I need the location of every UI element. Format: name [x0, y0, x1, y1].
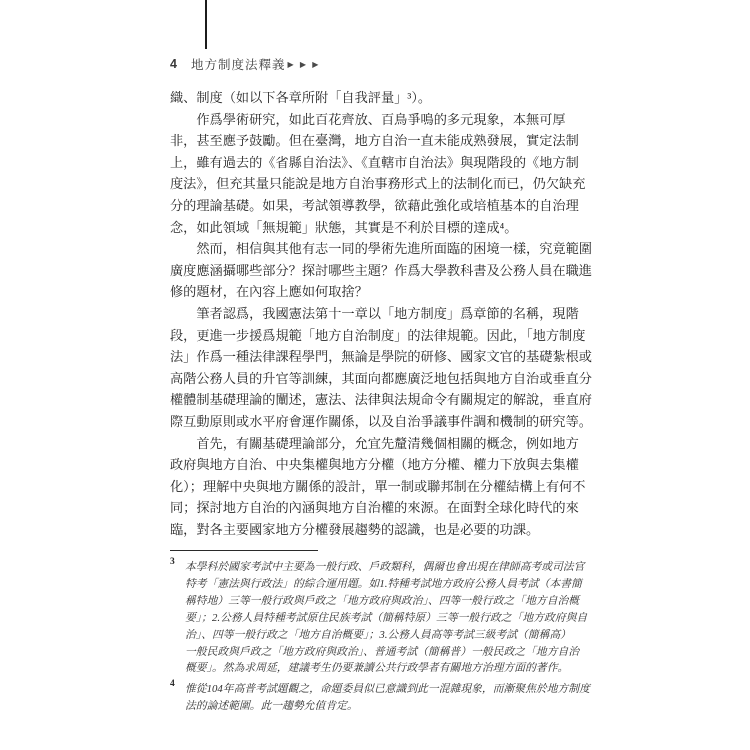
footnote-number: 4: [170, 679, 175, 689]
footnote-text-line: 稱特地）三等一般行政與戶政之「地方政府與政治」、四等一般行政之「地方自治概: [185, 593, 590, 610]
body-text-line: 政府與地方自治、中央集權與地方分權（地方分權、權力下放與去集權: [170, 454, 588, 476]
footnote-text-line: 特考「憲法與行政法」的綜合運用題。如1.特種考試地方政府公務人員考試（本書簡: [185, 576, 590, 593]
body-text-line: 權體制基礎理論的闡述，憲法、法律與法規命令有關規定的解說，垂直府: [170, 389, 588, 411]
footnote-text-line: 要」；2.公務人員特種考試原住民族考試（簡稱特原）三等一般行政之「地方政府與自: [185, 610, 590, 627]
page-number: 4: [170, 57, 177, 71]
body-text-line: 非，甚至應予鼓勵。但在臺灣，地方自治一直未能成熟發展，實定法制: [170, 130, 588, 152]
body-text-line: 段，更進一步援爲規範「地方自治制度」的法律規範。因此，「地方制度: [170, 325, 588, 347]
body-text-line: 念，如此領域「無規範」狀態，其實是不利於目標的達成⁴。: [170, 217, 588, 239]
body-text-line: 分的理論基礎。如果，考試領導教學，欲藉此強化或培植基本的自治理: [170, 195, 588, 217]
body-text-line: 化）；理解中央與地方關係的設計，單一制或聯邦制在分權結構上有何不: [170, 476, 588, 498]
footnote-text-line: 一般民政與戶政之「地方政府與政治」、普通考試（簡稱普）一般民政之「地方自治: [185, 644, 590, 661]
running-header: 4 地方制度法釋義 ▶ ▶ ▶: [170, 55, 590, 73]
spine-registration-mark: [205, 0, 207, 49]
body-text-line: 首先，有關基礎理論部分，允宜先釐清幾個相關的概念，例如地方: [170, 433, 588, 455]
running-title: 地方制度法釋義: [191, 55, 286, 73]
book-page: 4 地方制度法釋義 ▶ ▶ ▶ 織、制度（如以下各章所附「自我評量」³）。 作爲…: [0, 0, 750, 750]
footnote: 4 惟從104年高普考試題觀之，命題委員似已意識到此一混雜現象，而漸聚焦於地方制…: [170, 681, 590, 715]
body-text-line: 上，雖有過去的《省縣自治法》、《直轄市自治法》與現階段的《地方制: [170, 152, 588, 174]
footnotes-block: 3 本學科於國家考試中主要為一般行政、戶政類科，偶爾也會出現在律師高考或司法官特…: [170, 559, 590, 715]
body-text-line: 廣度應涵攝哪些部分？探討哪些主題？作爲大學教科書及公務人員在職進: [170, 260, 588, 282]
footnote-text-line: 本學科於國家考試中主要為一般行政、戶政類科，偶爾也會出現在律師高考或司法官: [185, 559, 590, 576]
header-arrows-icon: ▶ ▶ ▶: [287, 60, 320, 69]
body-text-line: 法」作爲一種法律課程學門，無論是學院的研修、國家文官的基礎紮根或: [170, 346, 588, 368]
footnote-text-line: 法的論述範圍。此一趨勢允值肯定。: [185, 698, 590, 715]
footnote-text-line: 治」、四等一般行政之「地方自治概要」；3.公務人員高等考試三級考試（簡稱高）: [185, 627, 590, 644]
body-text-line: 修的題材，在內容上應如何取捨？: [170, 281, 588, 303]
footnote-text-line: 概要」。然為求周延，建議考生仍要兼讀公共行政學者有關地方治理方面的著作。: [185, 660, 590, 677]
footnote-text: 惟從104年高普考試題觀之，命題委員似已意識到此一混雜現象，而漸聚焦於地方制度法…: [185, 681, 590, 715]
body-text-line: 高階公務人員的升官等訓練，其面向都應廣泛地包括與地方自治或垂直分: [170, 368, 588, 390]
footnote-separator-rule: [170, 550, 318, 551]
body-text-line: 臨，對各主要國家地方分權發展趨勢的認識，也是必要的功課。: [170, 519, 588, 541]
body-text-line: 織、制度（如以下各章所附「自我評量」³）。: [170, 87, 588, 109]
body-text-line: 際互動原則或水平府會運作關係，以及自治爭議事件調和機制的研究等。: [170, 411, 588, 433]
body-text-line: 作爲學術研究，如此百花齊放、百鳥爭鳴的多元現象，本無可厚: [170, 109, 588, 131]
body-text-line: 同；探討地方自治的內涵與地方自治權的來源。在面對全球化時代的來: [170, 497, 588, 519]
body-text-block: 織、制度（如以下各章所附「自我評量」³）。 作爲學術研究，如此百花齊放、百鳥爭鳴…: [170, 87, 588, 540]
footnote-text-line: 惟從104年高普考試題觀之，命題委員似已意識到此一混雜現象，而漸聚焦於地方制度: [185, 681, 590, 698]
footnote-number: 3: [170, 557, 175, 567]
body-text-line: 度法》，但充其量只能說是地方自治事務形式上的法制化而已，仍欠缺充: [170, 173, 588, 195]
body-text-line: 筆者認爲，我國憲法第十一章以「地方制度」爲章節的名稱，現階: [170, 303, 588, 325]
footnote: 3 本學科於國家考試中主要為一般行政、戶政類科，偶爾也會出現在律師高考或司法官特…: [170, 559, 590, 677]
body-text-line: 然而，相信與其他有志一同的學術先進所面臨的困境一樣，究竟範圍: [170, 238, 588, 260]
footnote-text: 本學科於國家考試中主要為一般行政、戶政類科，偶爾也會出現在律師高考或司法官特考「…: [185, 559, 590, 677]
